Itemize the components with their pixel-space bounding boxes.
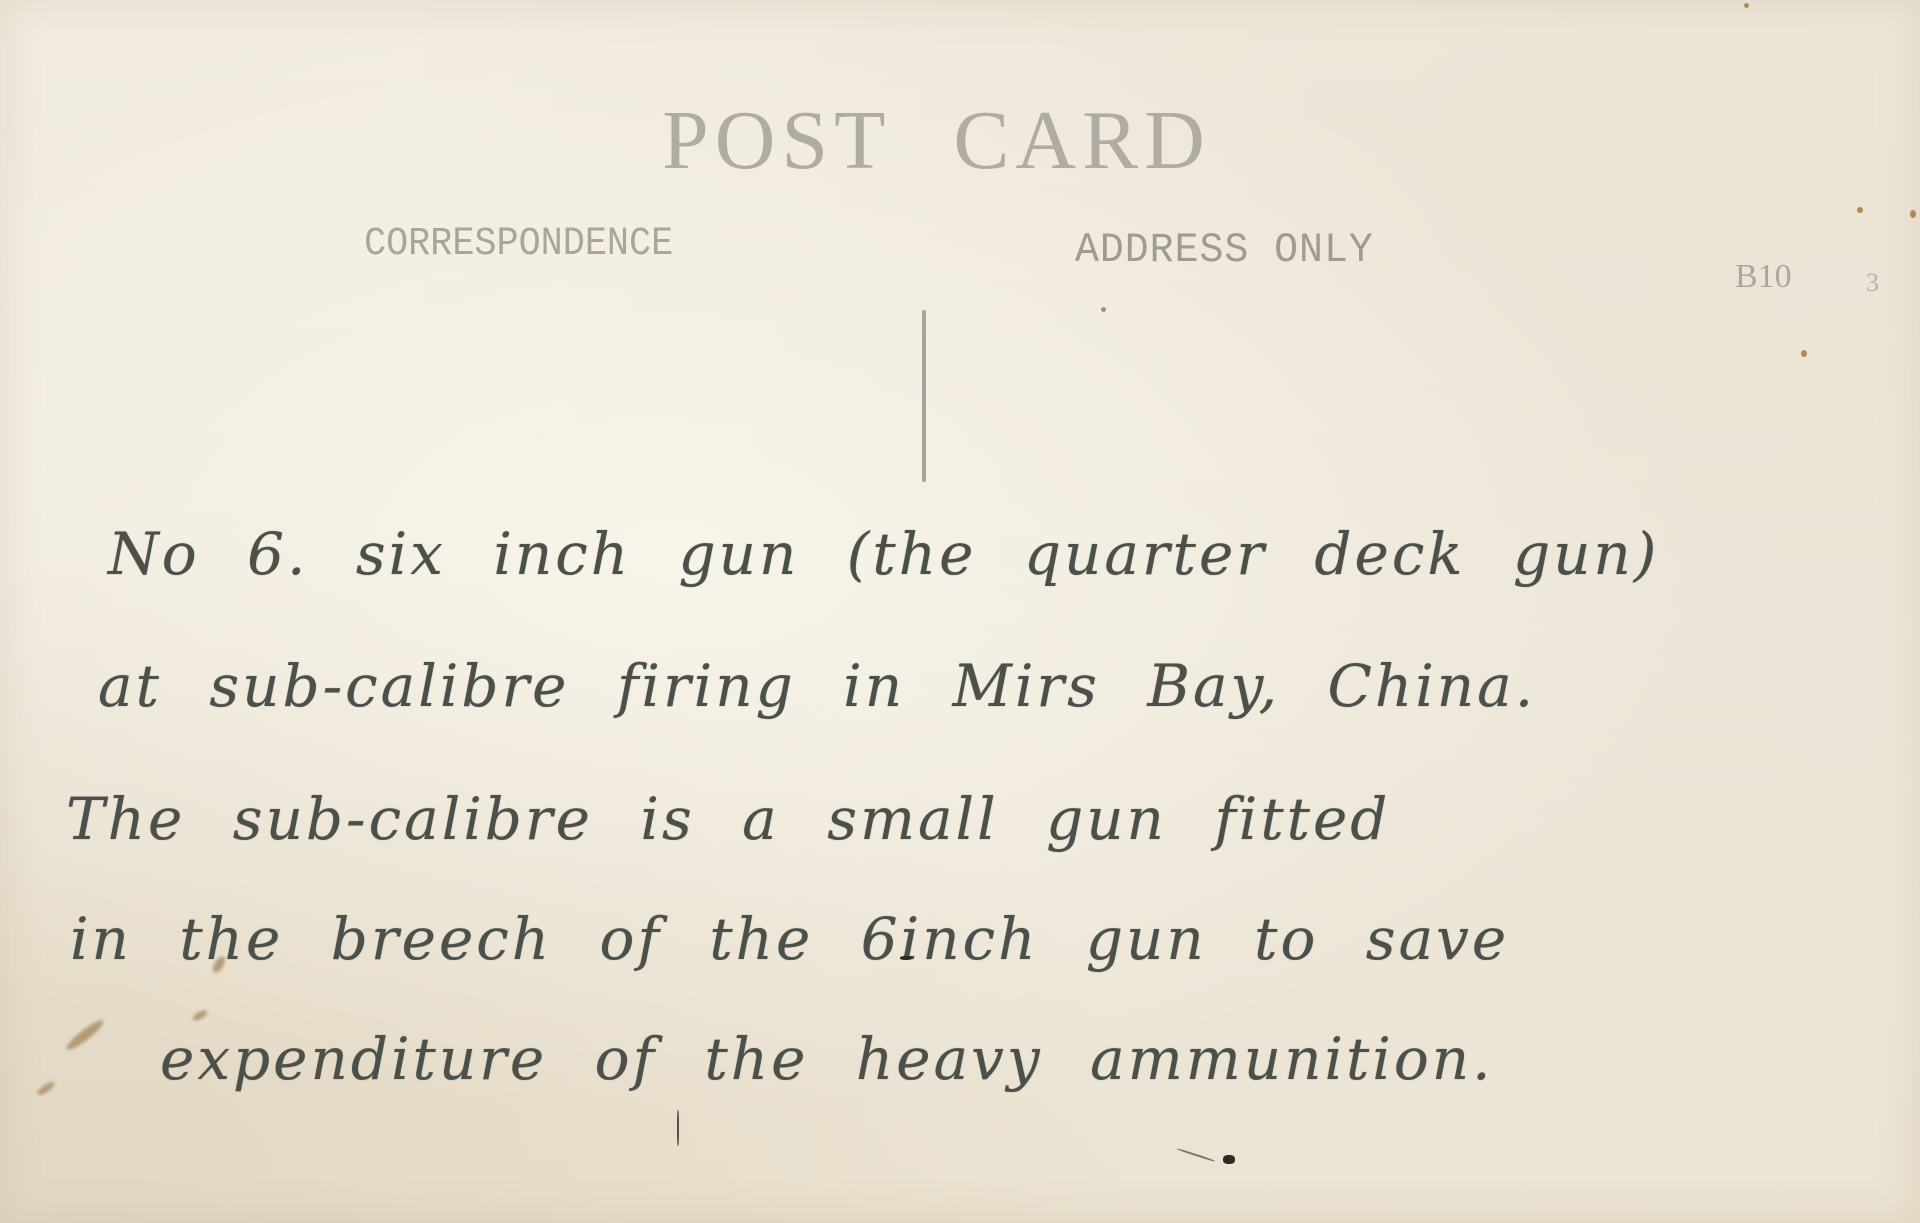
ink-fleck [1223,1155,1235,1164]
postcard-title: POSTCARD [662,92,1211,189]
message-line-3: The sub-calibre is a small gun fitted [66,785,1390,853]
message-line-1: No 6. six inch gun (the quarter deck gun… [108,520,1659,588]
postcard-back: POSTCARD CORRESPONDENCE ADDRESS ONLY B10… [0,0,1920,1223]
ink-fleck [1177,1148,1216,1162]
series-number: 3 [1866,268,1879,298]
series-code: B10 [1735,258,1792,296]
message-line-4: in the breech of the 6inch gun to save [70,905,1509,973]
ink-fleck [900,956,912,960]
divider-line [922,310,926,482]
title-card: CARD [953,94,1210,187]
stain-mark [64,1017,106,1053]
foxing-spot [1857,207,1863,213]
message-line-2: at sub-calibre firing in Mirs Bay, China… [98,652,1536,720]
correspondence-label: CORRESPONDENCE [364,222,673,267]
ink-fleck [677,1110,679,1146]
title-post: POST [662,94,891,187]
message-line-5: expenditure of the heavy ammunition. [160,1025,1494,1093]
address-only-label: ADDRESS ONLY [1075,226,1374,274]
foxing-spot [1801,350,1807,357]
stain-mark [191,1008,208,1022]
foxing-spot [1910,210,1916,218]
foxing-spot [1744,3,1749,8]
foxing-spot [1101,307,1106,312]
stain-mark [36,1080,56,1097]
